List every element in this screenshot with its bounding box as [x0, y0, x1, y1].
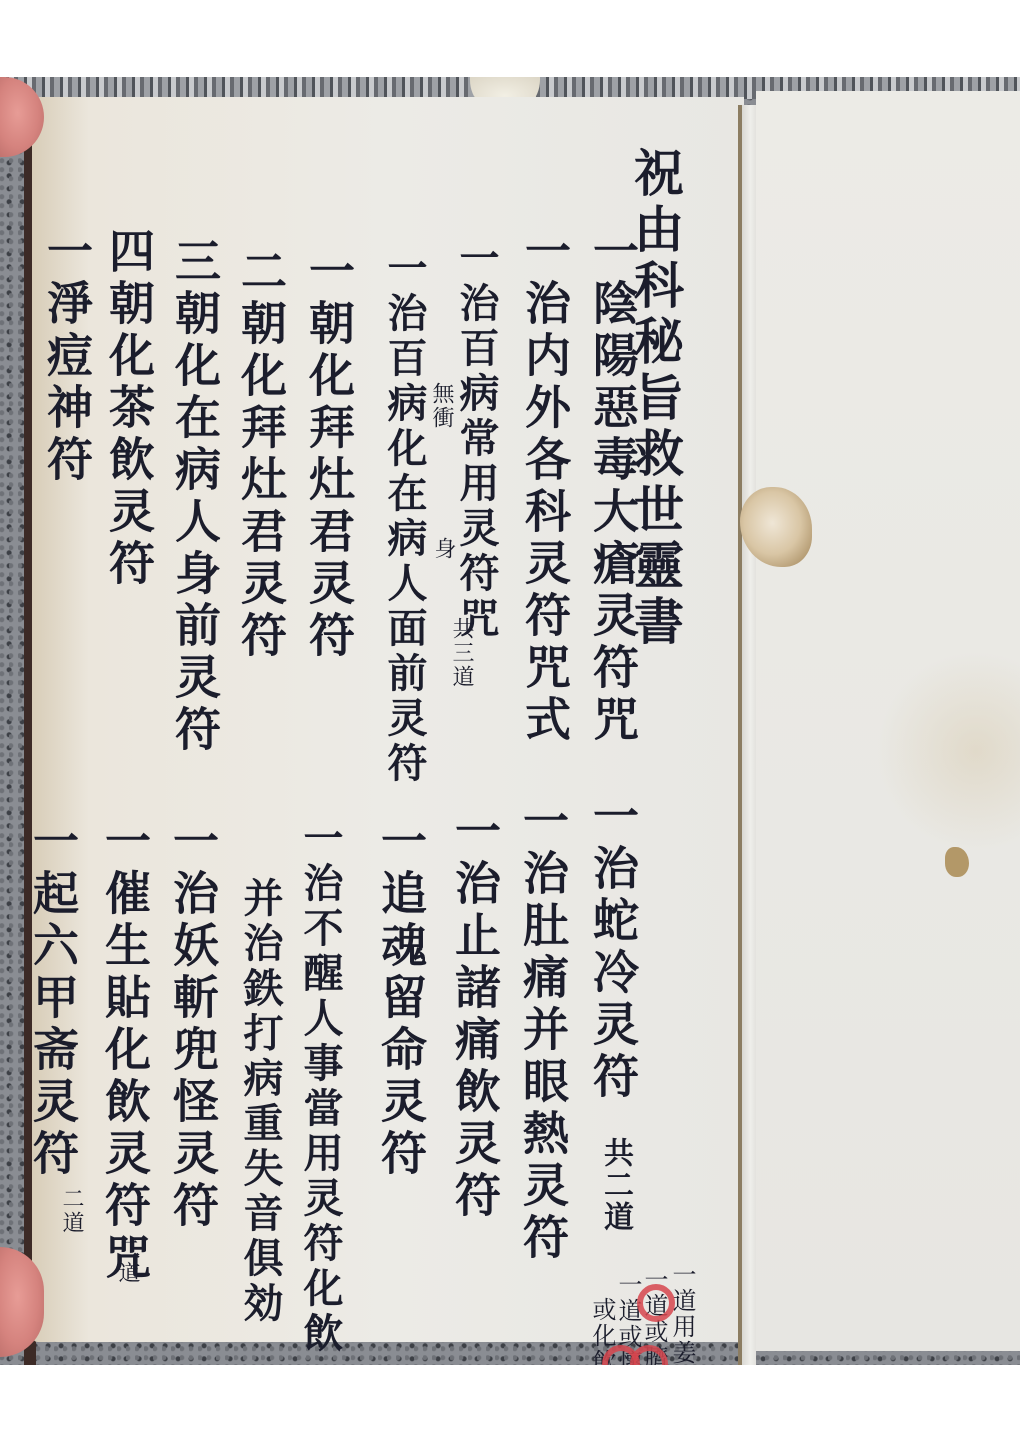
entry-lower-7-count: 二道 [116, 1237, 138, 1285]
entry-lower-8-count: 二道 [60, 1187, 82, 1235]
entry-upper-6: 二朝化拜灶君灵符 [238, 247, 284, 663]
right-page-blank [756, 91, 1020, 1351]
red-seal-mark [637, 1284, 675, 1322]
manuscript-photo: 祝由科秘旨救世靈書 一陰陽惡毒大瘡灵符咒 一治内外各科灵符咒式 一治百病常用灵符… [0, 77, 1020, 1365]
entry-upper-9: 一淨痘神符 [44, 227, 90, 487]
entry-lower-2: 一治肚痛并眼熱灵符 [520, 797, 566, 1265]
entry-upper-8: 四朝化茶飲灵符 [106, 227, 152, 591]
entry-lower-5-note: 并治鉄打病重失音俱効 [240, 877, 280, 1327]
entry-lower-6: 一治妖斬兜怪灵符 [170, 817, 216, 1233]
entry-lower-3: 一治止諸痛飲灵符 [452, 807, 498, 1223]
binding-fold [742, 105, 756, 1365]
entry-lower-1-count: 共二道 [600, 1137, 630, 1233]
entry-lower-5: 一治不醒人事當用灵符化飲 [300, 817, 340, 1357]
entry-upper-4: 一治百病化在病人面前灵符 [384, 247, 424, 787]
entry-lower-7: 一催生貼化飲灵符咒 [102, 817, 148, 1285]
entry-upper-4-note-b: 身 [432, 537, 454, 561]
left-page: 祝由科秘旨救世靈書 一陰陽惡毒大瘡灵符咒 一治内外各科灵符咒式 一治百病常用灵符… [32, 97, 744, 1342]
paper-damage [945, 847, 969, 877]
entry-upper-5: 一朝化拜灶君灵符 [306, 247, 352, 663]
entry-lower-1: 一治蛇冷灵符 [590, 792, 636, 1104]
entry-upper-3: 一治百病常用灵符咒 [456, 237, 496, 642]
entry-lower-8: 一起六甲斋灵符 [30, 817, 76, 1181]
paper-stain [876, 651, 1020, 851]
entry-upper-4-note-a: 無衝 [430, 382, 452, 430]
margin-note-1: 一道用姜貼 [670, 1262, 694, 1365]
entry-upper-3-count: 共三道 [450, 617, 472, 689]
entry-lower-4: 一追魂留命灵符 [378, 817, 424, 1181]
entry-upper-2: 一治内外各科灵符咒式 [522, 227, 568, 747]
entry-upper-7: 三朝化在病人身前灵符 [172, 237, 218, 757]
entry-upper-1: 一陰陽惡毒大瘡灵符咒 [590, 227, 636, 747]
